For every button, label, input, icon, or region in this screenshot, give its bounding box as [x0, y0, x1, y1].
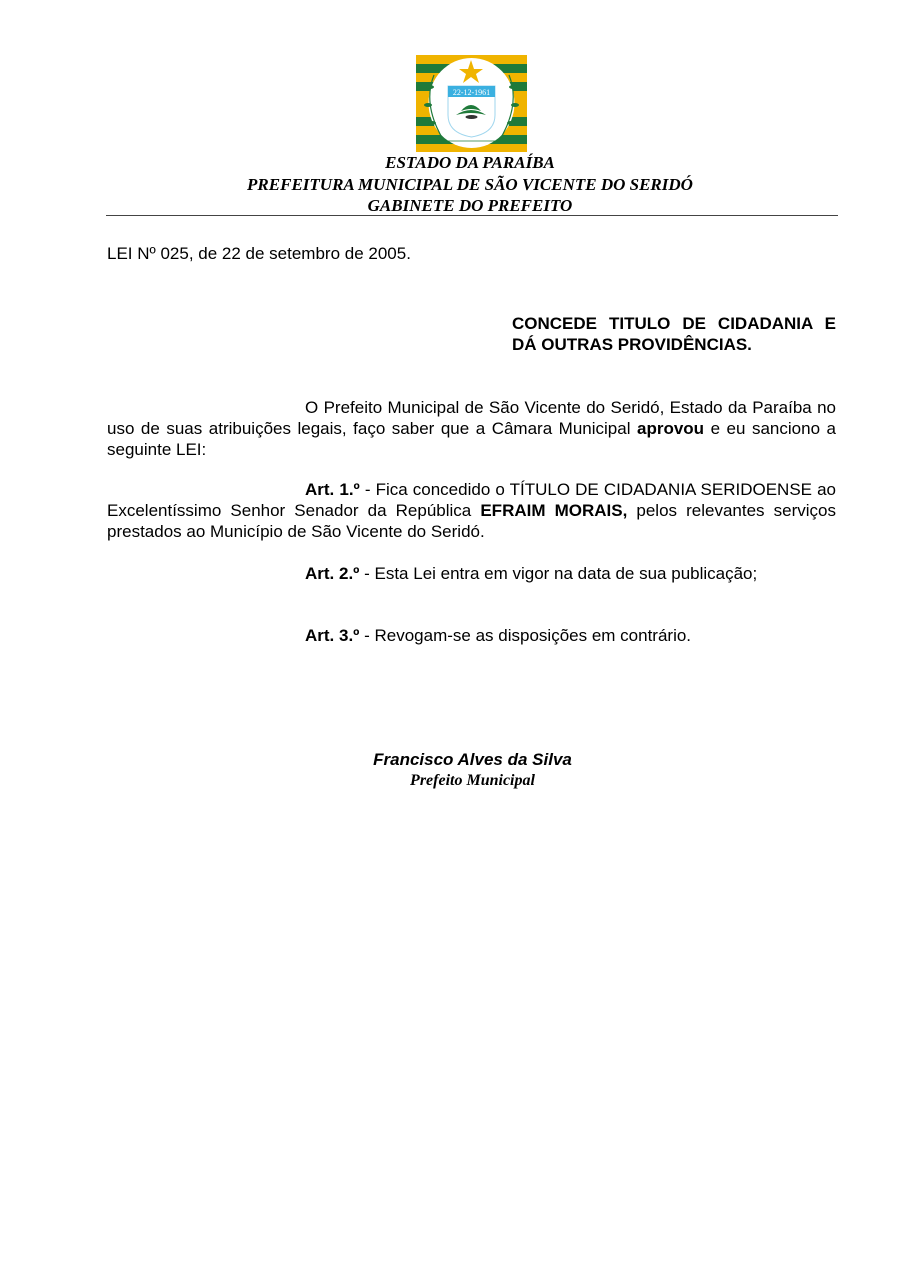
article-3: Art. 3.º - Revogam-se as disposições em … — [305, 625, 691, 646]
header-office: GABINETE DO PREFEITO — [20, 196, 900, 216]
article-3-label: Art. 3.º — [305, 626, 359, 645]
ementa-line-1: CONCEDE TITULO DE CIDADANIA E — [512, 314, 836, 333]
approved-emphasis: aprovou — [637, 419, 704, 438]
coat-of-arms-icon: 22-12-1961 — [416, 55, 527, 152]
article-2-label: Art. 2.º — [305, 564, 359, 583]
article-2: Art. 2.º - Esta Lei entra em vigor na da… — [305, 563, 757, 584]
svg-text:22-12-1961: 22-12-1961 — [453, 88, 490, 97]
honoree-name: EFRAIM MORAIS, — [480, 501, 627, 520]
header-state: ESTADO DA PARAÍBA — [20, 153, 900, 173]
signatory-name: Francisco Alves da Silva — [0, 750, 900, 770]
signatory-role: Prefeito Municipal — [0, 772, 900, 790]
law-ementa: CONCEDE TITULO DE CIDADANIA E DÁ OUTRAS … — [512, 313, 836, 355]
preamble: O Prefeito Municipal de São Vicente do S… — [107, 397, 836, 460]
article-1-label: Art. 1.º — [305, 480, 360, 499]
law-number: LEI Nº 025, de 22 de setembro de 2005. — [107, 243, 411, 264]
article-1: Art. 1.º - Fica concedido o TÍTULO DE CI… — [107, 479, 836, 542]
header-divider — [106, 215, 838, 216]
header-prefecture: PREFEITURA MUNICIPAL DE SÃO VICENTE DO S… — [20, 175, 900, 195]
ementa-line-2: DÁ OUTRAS PROVIDÊNCIAS. — [512, 334, 836, 355]
